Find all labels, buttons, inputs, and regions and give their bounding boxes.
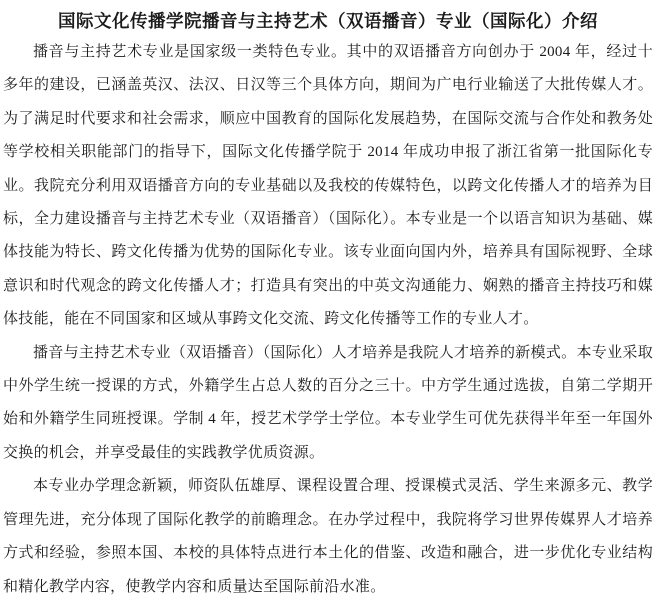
paragraph-training-model: 播音与主持艺术专业（双语播音）（国际化）人才培养是我院人才培养的新模式。本专业采… <box>3 337 653 471</box>
document-page: 国际文化传播学院播音与主持艺术（双语播音）专业（国际化）介绍 播音与主持艺术专业… <box>0 0 656 599</box>
paragraph-teaching-philosophy: 本专业办学理念新颖，师资队伍雄厚、课程设置合理、授课模式灵活、学生来源多元、教学… <box>3 470 653 599</box>
paragraph-program-overview: 播音与主持艺术专业是国家级一类特色专业。其中的双语播音方向创办于 2004 年，… <box>3 36 653 337</box>
document-title: 国际文化传播学院播音与主持艺术（双语播音）专业（国际化）介绍 <box>3 6 653 36</box>
